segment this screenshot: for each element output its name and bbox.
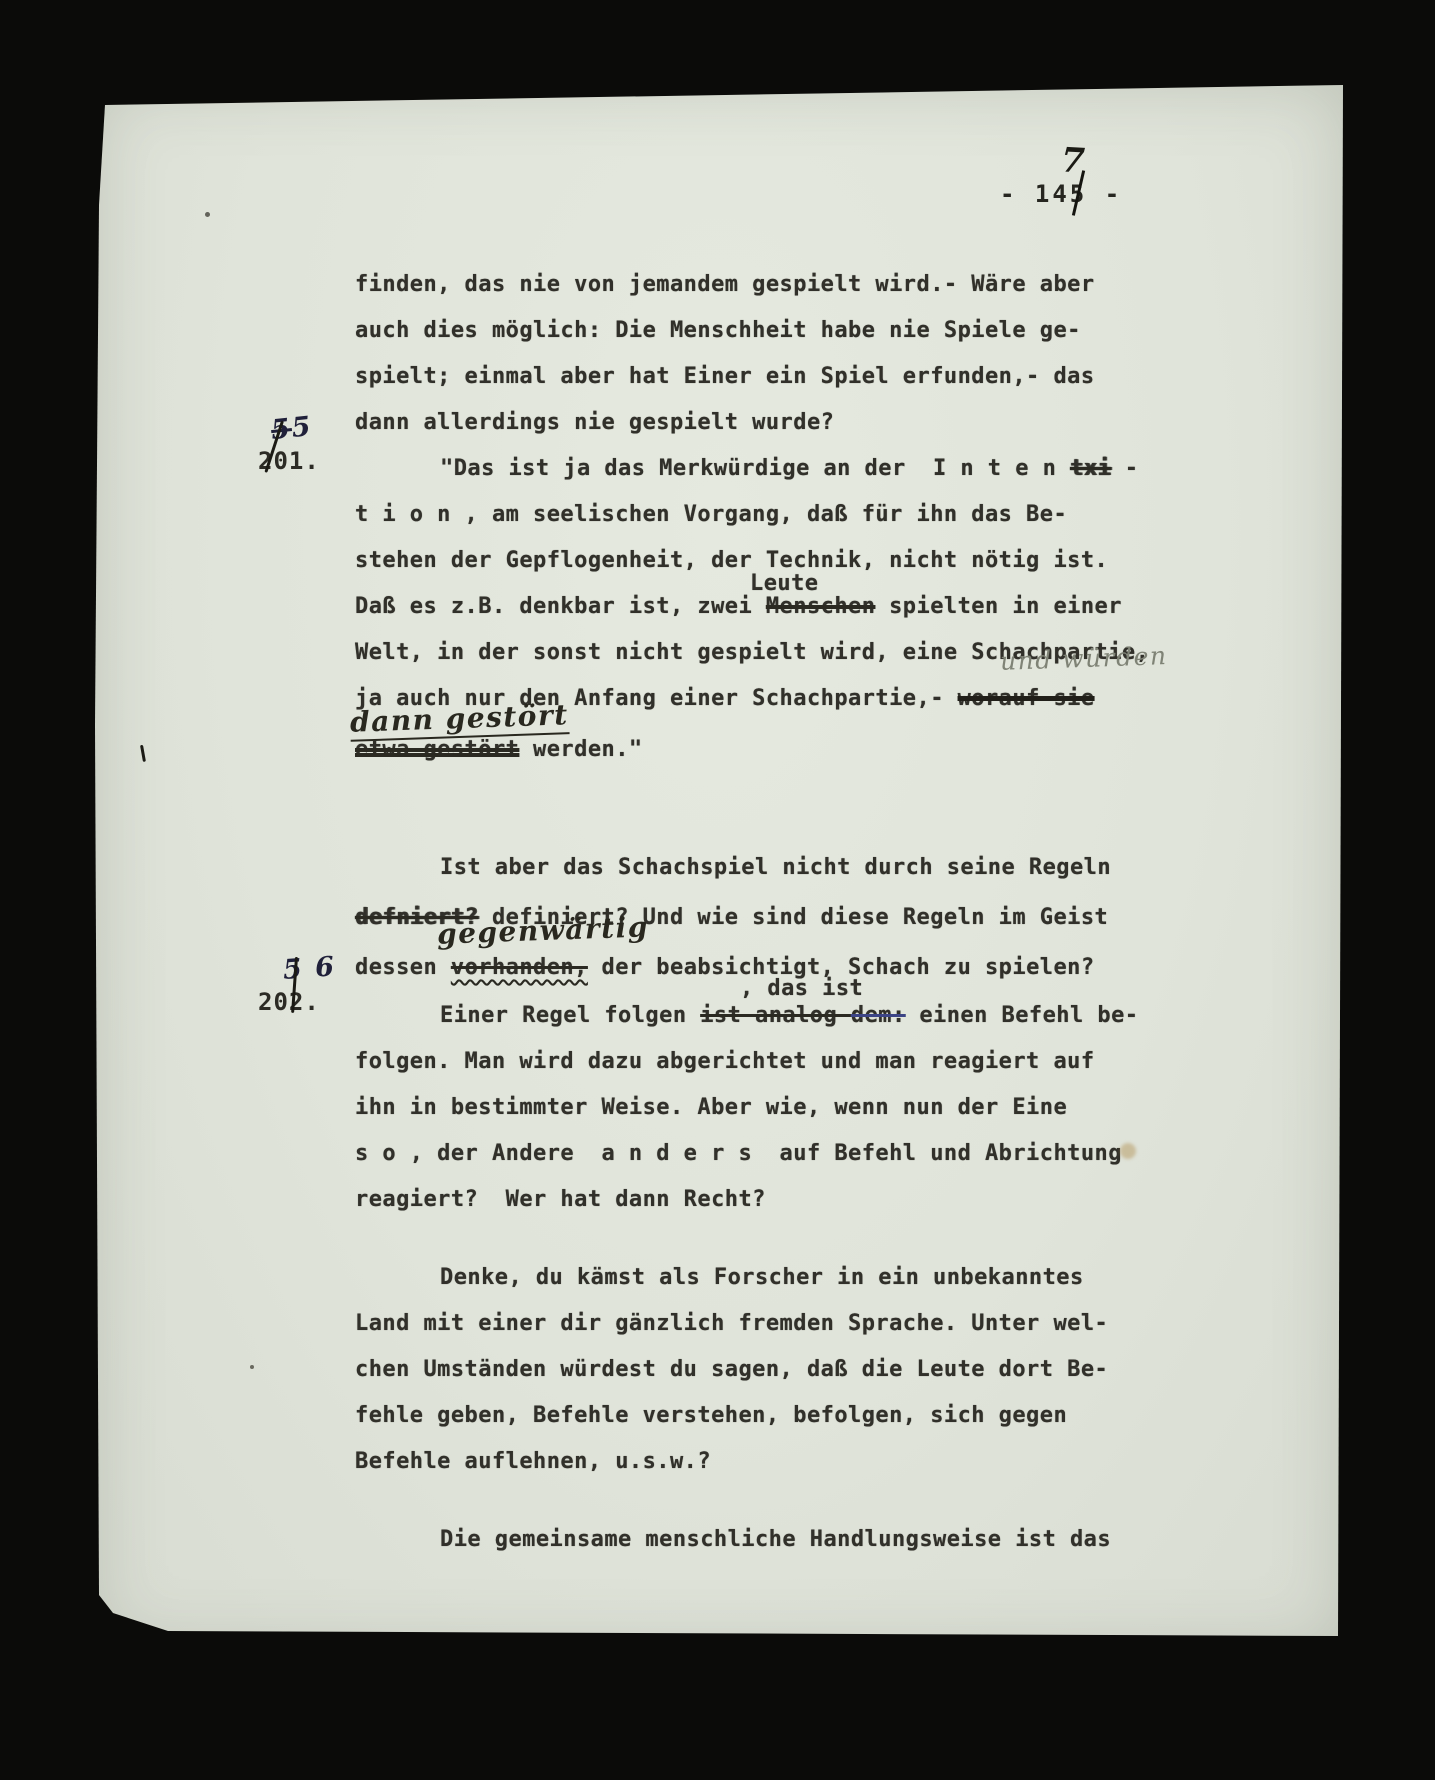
edited-text-segment: dem:	[851, 1003, 906, 1028]
typescript-line: t i o n , am seelischen Vorgang, daß für…	[355, 502, 1067, 527]
edited-text-segment: worauf sie	[958, 686, 1095, 711]
edited-text-segment: Menschen	[766, 594, 876, 619]
typescript-line: reagiert? Wer hat dann Recht?	[355, 1187, 766, 1212]
edited-text-segment: etwa gestört	[355, 737, 519, 762]
typed-text-segment: Denke, du kämst als Forscher in ein unbe…	[440, 1265, 1084, 1290]
typescript-line: chen Umständen würdest du sagen, daß die…	[355, 1357, 1108, 1382]
typescript-line: finden, das nie von jemandem gespielt wi…	[355, 272, 1095, 297]
typed-text-segment: einen Befehl be-	[906, 1003, 1139, 1028]
typed-text-segment: dessen	[355, 955, 451, 980]
paper-stain	[1120, 1143, 1136, 1159]
page-number-suffix: -	[1087, 180, 1122, 208]
typescript-line: "Das ist ja das Merkwürdige an der I n t…	[440, 456, 1138, 481]
handwritten-interlinear-insertion: dann gestört	[350, 699, 570, 739]
typed-text-segment: chen Umständen würdest du sagen, daß die…	[355, 1357, 1108, 1382]
edited-text-segment: gegenwärtig	[436, 910, 649, 950]
typed-text-segment: auch dies möglich: Die Menschheit habe n…	[355, 318, 1081, 343]
typescript-line: Befehle auflehnen, u.s.w.?	[355, 1449, 711, 1474]
typed-text-segment: Leute	[750, 571, 818, 596]
typed-text-segment: folgen. Man wird dazu abgerichtet und ma…	[355, 1049, 1095, 1074]
page-number: - 145 -	[1000, 180, 1122, 208]
typed-text-segment: spielten in einer	[875, 594, 1122, 619]
typed-text-segment: Ist aber das Schachspiel nicht durch sei…	[440, 855, 1111, 880]
typescript-line: Land mit einer dir gänzlich fremden Spra…	[355, 1311, 1108, 1336]
typescript-line: s o , der Andere a n d e r s auf Befehl …	[355, 1141, 1122, 1166]
handwritten-ink-stroke	[140, 745, 146, 762]
typescript-line: Die gemeinsame menschliche Handlungsweis…	[440, 1527, 1111, 1552]
typescript-line: fehle geben, Befehle verstehen, befolgen…	[355, 1403, 1067, 1428]
black-scan-background: 7 - 145 - 55 201. 5 6 202. finden, das n…	[0, 0, 1435, 1780]
typed-text-segment: fehle geben, Befehle verstehen, befolgen…	[355, 1403, 1067, 1428]
typescript-line: Denke, du kämst als Forscher in ein unbe…	[440, 1265, 1084, 1290]
typescript-line: Daß es z.B. denkbar ist, zwei Menschen s…	[355, 594, 1122, 619]
typescript-line: dann allerdings nie gespielt wurde?	[355, 410, 834, 435]
typescript-line: Einer Regel folgen ist analog dem: einen…	[440, 1003, 1138, 1028]
typed-text-segment: finden, das nie von jemandem gespielt wi…	[355, 272, 1095, 297]
paper-speck	[205, 212, 210, 217]
typed-interlinear-insertion: , das ist	[740, 976, 863, 1001]
typed-text-segment: Die gemeinsame menschliche Handlungsweis…	[440, 1527, 1111, 1552]
handwritten-interlinear-insertion: gegenwärtig	[437, 911, 650, 951]
typed-text-segment: t i o n , am seelischen Vorgang, daß für…	[355, 502, 1067, 527]
typescript-line: spielt; einmal aber hat Einer ein Spiel …	[355, 364, 1095, 389]
typescript-line: stehen der Gepflogenheit, der Technik, n…	[355, 548, 1108, 573]
typed-text-segment: Einer Regel folgen	[440, 1003, 700, 1028]
typed-text-segment: , das ist	[740, 976, 863, 1001]
edited-text-segment: txi	[1070, 456, 1111, 481]
typed-text-segment: s o , der Andere a n d e r s auf Befehl …	[355, 1141, 1122, 1166]
typed-text-segment: -	[1111, 456, 1138, 481]
edited-text-segment: und würden	[1000, 641, 1168, 676]
typescript-line: ihn in bestimmter Weise. Aber wie, wenn …	[355, 1095, 1067, 1120]
typescript-line: folgen. Man wird dazu abgerichtet und ma…	[355, 1049, 1095, 1074]
edited-text-segment: dann gestört	[349, 698, 569, 742]
typescript-line: Ist aber das Schachspiel nicht durch sei…	[440, 855, 1111, 880]
typed-text-segment: reagiert? Wer hat dann Recht?	[355, 1187, 766, 1212]
paper-speck	[250, 1365, 254, 1369]
handwritten-new-digit: 5	[290, 411, 314, 444]
typed-text-segment: ihn in bestimmter Weise. Aber wie, wenn …	[355, 1095, 1067, 1120]
handwritten-interlinear-insertion: und würden	[1000, 642, 1168, 677]
manuscript-page: 7 - 145 - 55 201. 5 6 202. finden, das n…	[95, 85, 1343, 1650]
typed-text-segment: Daß es z.B. denkbar ist, zwei	[355, 594, 766, 619]
typed-text-segment: stehen der Gepflogenheit, der Technik, n…	[355, 548, 1108, 573]
typed-interlinear-insertion: Leute	[750, 571, 818, 596]
typescript-line: auch dies möglich: Die Menschheit habe n…	[355, 318, 1081, 343]
typed-text-segment: Land mit einer dir gänzlich fremden Spra…	[355, 1311, 1108, 1336]
scanned-manuscript-screenshot: { "document": { "description": "Typewrit…	[0, 0, 1435, 1780]
page-number-prefix: - 14	[1000, 180, 1070, 208]
typed-text-segment: werden."	[519, 737, 642, 762]
edited-text-segment: vorhanden,	[451, 955, 588, 980]
typed-text-segment: dann allerdings nie gespielt wurde?	[355, 410, 834, 435]
handwritten-renumber-202: 5 6	[282, 951, 337, 986]
edited-text-segment: ist analog	[700, 1003, 851, 1028]
page-number-struck-digit: 5	[1070, 180, 1087, 208]
typescript-line: etwa gestört werden."	[355, 737, 643, 762]
section-number-202: 202.	[258, 988, 320, 1016]
typed-text-segment: spielt; einmal aber hat Einer ein Spiel …	[355, 364, 1095, 389]
typed-text-segment: Befehle auflehnen, u.s.w.?	[355, 1449, 711, 1474]
typed-text-segment: "Das ist ja das Merkwürdige an der I n t…	[440, 456, 1070, 481]
typescript-line: dessen vorhanden, der beabsichtigt, Scha…	[355, 955, 1095, 980]
